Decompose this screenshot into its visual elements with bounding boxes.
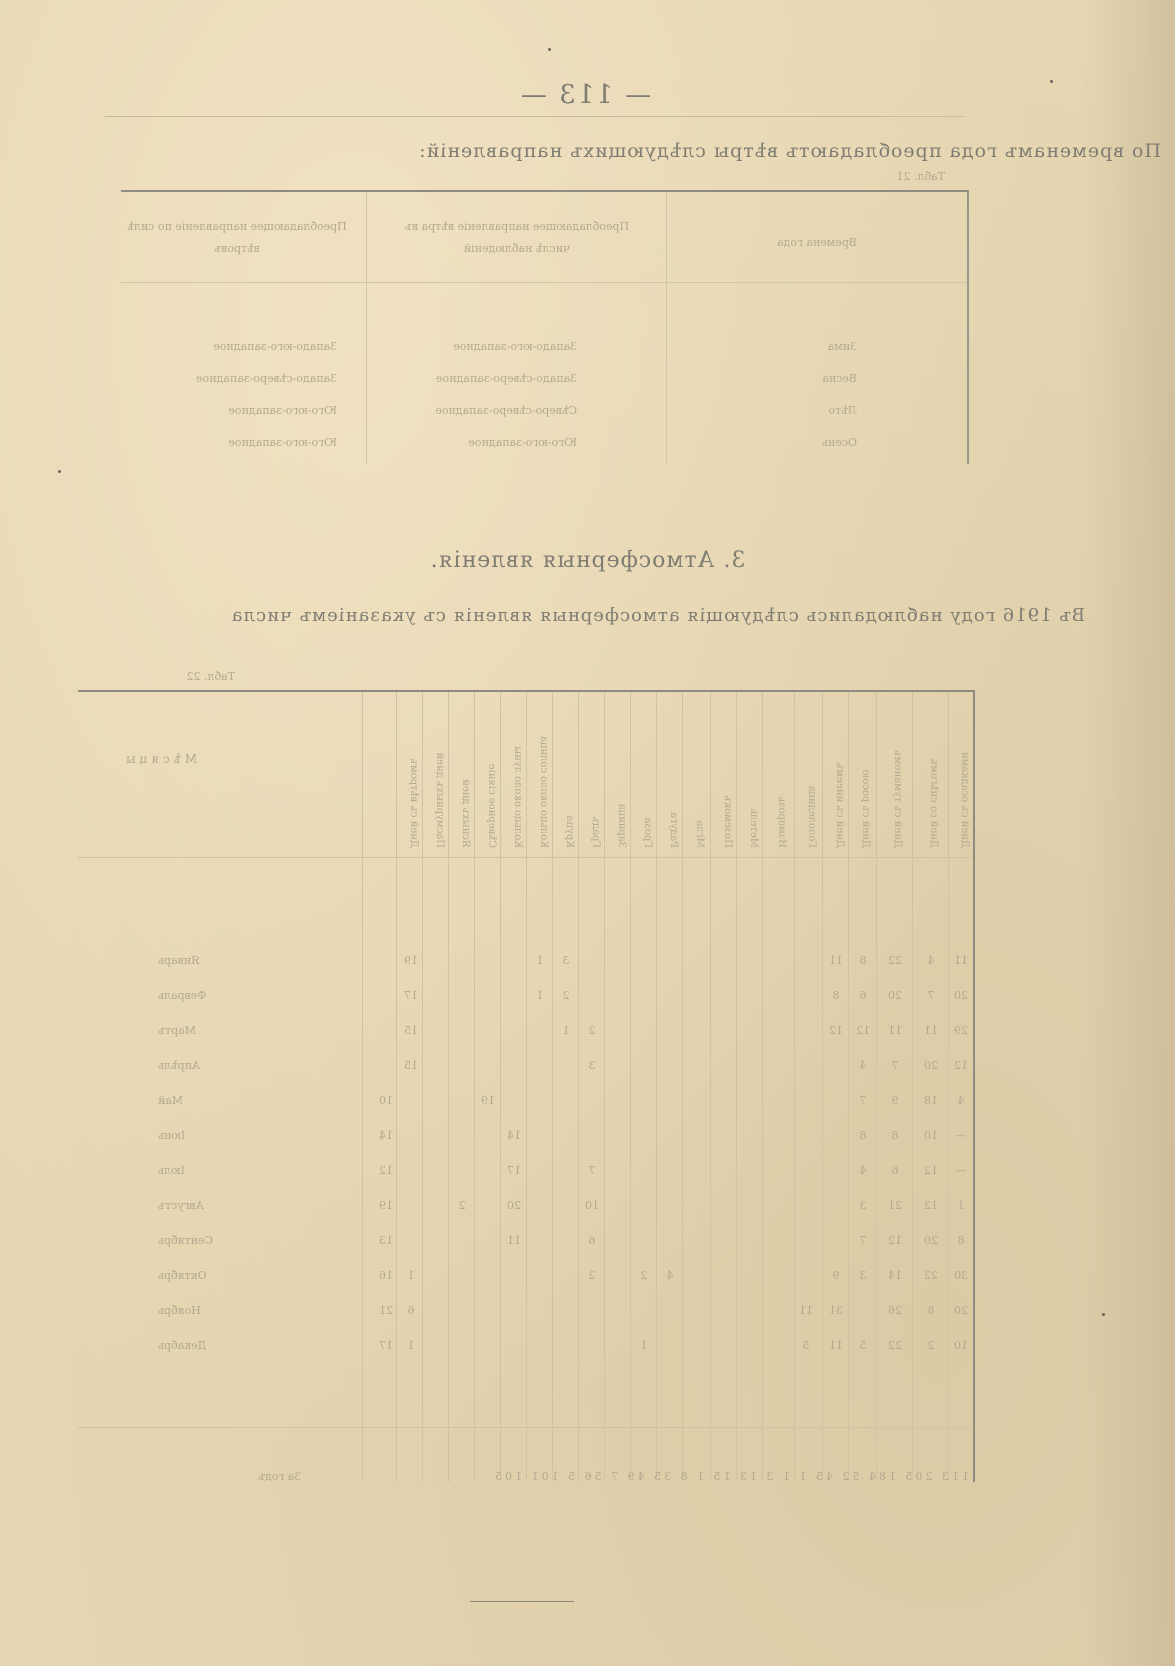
col-header: Дней со снѣгомъ <box>921 698 939 848</box>
col-header: Дней съ росою <box>853 698 871 848</box>
by-force-cell: Западо-юго-западное <box>213 340 337 353</box>
paper-speck <box>1102 1313 1105 1316</box>
winds-by-season-table: Времена года Преобладающее направленіе в… <box>121 190 969 464</box>
by-force-cell: Юго-юго-западное <box>228 404 337 417</box>
col-header: Кольцо около луны <box>505 698 523 848</box>
month-name: Августъ <box>158 1199 204 1212</box>
totals-row: 113 205 184 52 45 1 1 3 13 15 1 8 35 49 … <box>78 1470 973 1500</box>
table-row: 12 20 7 4 3 15 Апрѣль <box>78 1059 973 1089</box>
month-name: Декабрь <box>158 1339 207 1352</box>
month-name: Мартъ <box>158 1024 196 1037</box>
by-force-cell: Юго-юго-западное <box>228 436 337 449</box>
section-title: 3. Атмосферныя явленія. <box>0 548 1175 573</box>
col-header: Поземокъ <box>715 698 733 848</box>
paper-speck <box>58 470 61 473</box>
table-row: 8 20 12 7 6 11 13 Сентябрь <box>78 1234 973 1264</box>
col-header: Гроза <box>635 698 653 848</box>
col-header: Дней съ инеемъ <box>827 698 845 848</box>
col-header: Пасмурныхъ дней <box>427 698 445 848</box>
season-cell: Весна <box>822 372 857 385</box>
table-row: 30 22 14 3 9 4 2 2 1 16 Октябрь <box>78 1269 973 1299</box>
table-row: 20 7 20 6 8 2 1 17 Февраль <box>78 989 973 1019</box>
by-count-cell: Сѣверо-сѣверо-западное <box>435 404 577 417</box>
col-header: Ясныхъ дней <box>453 698 471 848</box>
month-name: Октябрь <box>158 1269 207 1282</box>
season-cell: Зима <box>828 340 857 353</box>
table-row: 20 8 26 31 11 6 21 Ноябрь <box>78 1304 973 1334</box>
intro-text: По временамъ года преобладаютъ вѣтры слѣ… <box>418 140 1161 162</box>
col-header: Мгла <box>687 698 705 848</box>
table-row: 4 18 9 7 19 10 Май <box>78 1094 973 1124</box>
col-header: Крупа <box>557 698 575 848</box>
paper-speck <box>548 48 551 51</box>
season-cell: Лѣто <box>828 404 857 417</box>
col-header: Дней съ осадками <box>952 698 970 848</box>
month-name: Апрѣль <box>158 1059 200 1072</box>
months-header: Мѣсяцы <box>122 752 197 766</box>
totals-values: 113 205 184 52 45 1 1 3 13 15 1 8 35 49 … <box>492 1470 969 1483</box>
paper-speck <box>1050 80 1053 83</box>
month-name: Май <box>158 1094 183 1107</box>
month-name: Іюль <box>158 1164 185 1177</box>
table2-label: Табл. 22 <box>187 670 236 683</box>
atmospheric-phenomena-table: Дней съ осадками Дней со снѣгомъ Дней съ… <box>78 690 975 1482</box>
by-count-cell: Западо-сѣверо-западное <box>436 372 577 385</box>
table1-label: Табл. 21 <box>897 170 946 183</box>
col-header: Дней съ вѣтромъ <box>401 698 419 848</box>
section-paragraph: Въ 1916 году наблюдались слѣдующія атмос… <box>231 605 1085 626</box>
col-header: Зарница <box>609 698 627 848</box>
month-name: Іюнь <box>158 1129 185 1142</box>
col-header: Изморозь <box>769 698 787 848</box>
col-header-season: Времена года <box>687 232 947 254</box>
month-name: Январь <box>158 954 200 967</box>
table-row: 29 11 11 12 12 2 1 15 Мартъ <box>78 1024 973 1054</box>
page-number: — 113 — <box>485 80 685 110</box>
col-header: Градъ <box>583 698 601 848</box>
col-header: Кольцо около солнца <box>531 698 549 848</box>
scanned-page-mirrored: — 113 — По временамъ года преобладаютъ в… <box>0 0 1175 1666</box>
table-row: 1 12 21 3 10 20 2 19 Августъ <box>78 1199 973 1229</box>
table-row: — 10 8 8 14 14 Іюнь <box>78 1129 973 1159</box>
month-name: Ноябрь <box>158 1304 201 1317</box>
month-name: Сентябрь <box>158 1234 213 1247</box>
by-force-cell: Западо-сѣверо-западное <box>196 372 337 385</box>
col-header: Радуга <box>661 698 679 848</box>
by-count-cell: Западо-юго-западное <box>453 340 577 353</box>
header-rule <box>105 116 965 117</box>
col-header-by-count: Преобладающее направленіе вѣтра въ числѣ… <box>387 216 647 260</box>
table-row: 10 2 22 5 11 5 1 1 17 Декабрь <box>78 1339 973 1369</box>
col-header: Гололедица <box>799 698 817 848</box>
table-row: 11 4 22 8 11 3 1 19 Январь <box>78 954 973 984</box>
by-count-cell: Юго-юго-западное <box>468 436 577 449</box>
col-header: Метель <box>741 698 759 848</box>
col-header: Дней съ туманомъ <box>885 698 903 848</box>
month-name: Февраль <box>158 989 206 1002</box>
table-row: — 12 6 4 7 17 12 Іюль <box>78 1164 973 1194</box>
col-header-by-force: Преобладающее направленіе по силѣ вѣтров… <box>127 216 347 260</box>
footer-rule <box>470 1601 574 1602</box>
col-header: Сѣверное сіяніе <box>479 698 497 848</box>
totals-label: За годъ <box>258 1470 301 1483</box>
season-cell: Осень <box>822 436 857 449</box>
